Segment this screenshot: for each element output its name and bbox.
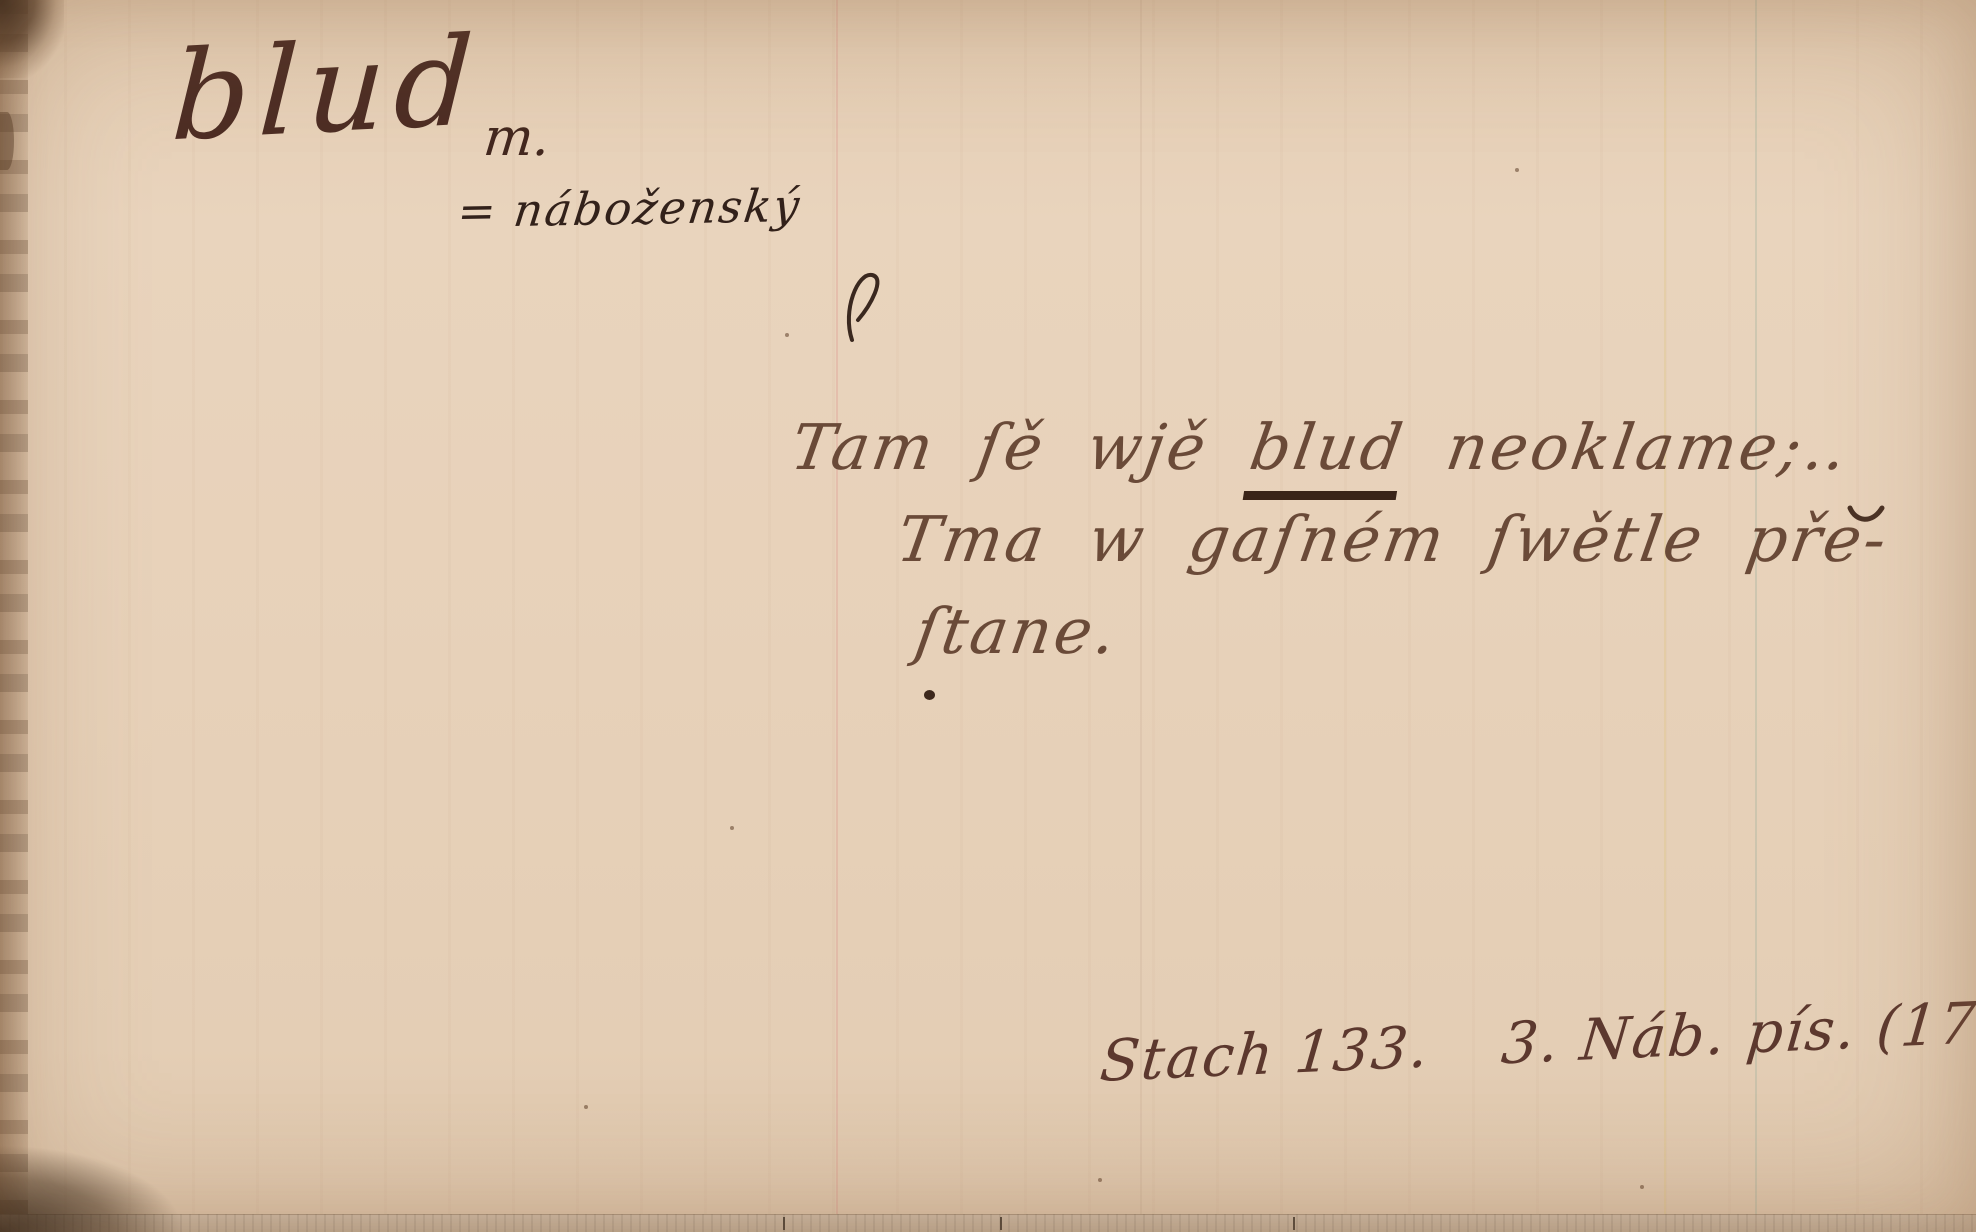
quote-line-1-pre: Tam ſě wjě: [786, 411, 1256, 484]
quote-line-3: ſtane.: [911, 600, 1123, 663]
left-edge-shadow: [0, 0, 28, 1232]
citation-source: Stach 133.: [1097, 1014, 1433, 1095]
bottom-left-corner-shadow: [0, 1142, 190, 1232]
bottom-card-edge: [0, 1214, 1976, 1232]
citation-line: Stach 133. 3. Náb. pís. (1791).: [1098, 990, 1976, 1091]
paper-speck: [584, 1105, 588, 1109]
quote-line-2: Tma w gaſném ſwětle pře-: [893, 508, 1893, 571]
paper-speck: [1640, 1185, 1644, 1189]
bottom-edge-tick: [1000, 1217, 1002, 1230]
gloss-text: = náboženský: [455, 183, 803, 234]
stray-ink-loop-icon: [846, 268, 894, 348]
gender-label: m.: [481, 112, 552, 164]
stray-curl-mark-icon: [1846, 496, 1888, 534]
citation-reference: 3. Náb. pís. (1791).: [1499, 985, 1976, 1077]
headword-text: blud: [169, 20, 485, 159]
left-edge-stain: [0, 112, 14, 170]
paper-speck: [1515, 168, 1519, 172]
ink-dot: [924, 690, 935, 700]
bottom-edge-tick: [1293, 1217, 1295, 1230]
paper-speck: [730, 826, 734, 830]
quote-underlined-word: blud: [1243, 411, 1410, 500]
top-left-corner-stain: [0, 0, 64, 78]
ruled-line-pink: [836, 0, 838, 1232]
paper-speck: [785, 333, 789, 337]
scanned-dictionary-card: blud m. = náboženský Tam ſě wjě blud neo…: [0, 0, 1976, 1232]
bottom-edge-tick: [783, 1217, 785, 1230]
quote-line-1-post: neoklame;‥: [1398, 411, 1855, 484]
paper-speck: [1098, 1178, 1102, 1182]
quote-line-1: Tam ſě wjě blud neoklame;‥: [787, 416, 1854, 479]
